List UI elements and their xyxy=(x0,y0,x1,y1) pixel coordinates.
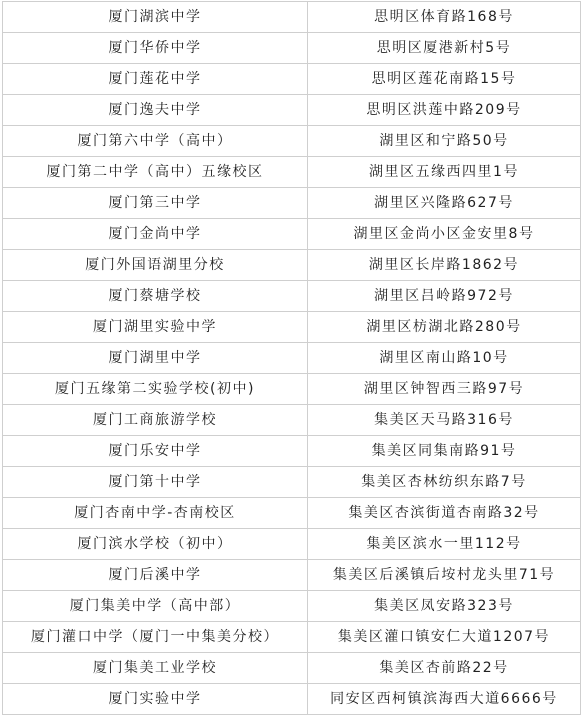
table-row: 厦门湖里实验中学湖里区枋湖北路280号 xyxy=(3,312,581,343)
school-name-cell: 厦门后溪中学 xyxy=(3,560,308,591)
table-row: 厦门第六中学（高中）湖里区和宁路50号 xyxy=(3,126,581,157)
table-row: 厦门第二中学（高中）五缘校区湖里区五缘西四里1号 xyxy=(3,157,581,188)
address-cell: 湖里区钟智西三路97号 xyxy=(308,374,581,405)
address-cell: 湖里区和宁路50号 xyxy=(308,126,581,157)
table-row: 厦门集美中学（高中部）集美区凤安路323号 xyxy=(3,591,581,622)
school-name-cell: 厦门滨水学校（初中） xyxy=(3,529,308,560)
address-cell: 集美区杏滨街道杏南路32号 xyxy=(308,498,581,529)
school-name-cell: 厦门集美工业学校 xyxy=(3,653,308,684)
table-row: 厦门外国语湖里分校湖里区长岸路1862号 xyxy=(3,250,581,281)
school-name-cell: 厦门湖里中学 xyxy=(3,343,308,374)
address-cell: 同安区西柯镇滨海西大道6666号 xyxy=(308,684,581,715)
table-row: 厦门湖里中学湖里区南山路10号 xyxy=(3,343,581,374)
table-row: 厦门乐安中学集美区同集南路91号 xyxy=(3,436,581,467)
table-row: 厦门杏南中学-杏南校区集美区杏滨街道杏南路32号 xyxy=(3,498,581,529)
school-name-cell: 厦门集美中学（高中部） xyxy=(3,591,308,622)
table-row: 厦门华侨中学思明区厦港新村5号 xyxy=(3,33,581,64)
table-row: 厦门第十中学集美区杏林纺织东路7号 xyxy=(3,467,581,498)
address-cell: 湖里区金尚小区金安里8号 xyxy=(308,219,581,250)
address-cell: 湖里区枋湖北路280号 xyxy=(308,312,581,343)
address-cell: 集美区后溪镇后垵村龙头里71号 xyxy=(308,560,581,591)
address-cell: 思明区厦港新村5号 xyxy=(308,33,581,64)
table-row: 厦门滨水学校（初中）集美区滨水一里112号 xyxy=(3,529,581,560)
address-cell: 集美区同集南路91号 xyxy=(308,436,581,467)
school-name-cell: 厦门金尚中学 xyxy=(3,219,308,250)
table-row: 厦门后溪中学集美区后溪镇后垵村龙头里71号 xyxy=(3,560,581,591)
table-row: 厦门湖滨中学思明区体育路168号 xyxy=(3,2,581,33)
school-name-cell: 厦门灌口中学（厦门一中集美分校） xyxy=(3,622,308,653)
school-name-cell: 厦门蔡塘学校 xyxy=(3,281,308,312)
table-body: 厦门湖滨中学思明区体育路168号 厦门华侨中学思明区厦港新村5号 厦门莲花中学思… xyxy=(3,2,581,715)
school-address-table: 厦门湖滨中学思明区体育路168号 厦门华侨中学思明区厦港新村5号 厦门莲花中学思… xyxy=(2,1,581,715)
table-row: 厦门莲花中学思明区莲花南路15号 xyxy=(3,64,581,95)
school-name-cell: 厦门外国语湖里分校 xyxy=(3,250,308,281)
table-row: 厦门实验中学同安区西柯镇滨海西大道6666号 xyxy=(3,684,581,715)
school-name-cell: 厦门莲花中学 xyxy=(3,64,308,95)
school-name-cell: 厦门第三中学 xyxy=(3,188,308,219)
school-name-cell: 厦门实验中学 xyxy=(3,684,308,715)
address-cell: 湖里区长岸路1862号 xyxy=(308,250,581,281)
school-name-cell: 厦门工商旅游学校 xyxy=(3,405,308,436)
address-cell: 思明区体育路168号 xyxy=(308,2,581,33)
table-row: 厦门逸夫中学思明区洪莲中路209号 xyxy=(3,95,581,126)
address-cell: 集美区杏前路22号 xyxy=(308,653,581,684)
table-row: 厦门灌口中学（厦门一中集美分校）集美区灌口镇安仁大道1207号 xyxy=(3,622,581,653)
address-cell: 集美区天马路316号 xyxy=(308,405,581,436)
address-cell: 集美区凤安路323号 xyxy=(308,591,581,622)
school-name-cell: 厦门逸夫中学 xyxy=(3,95,308,126)
table-row: 厦门第三中学湖里区兴隆路627号 xyxy=(3,188,581,219)
school-name-cell: 厦门湖里实验中学 xyxy=(3,312,308,343)
table-row: 厦门集美工业学校集美区杏前路22号 xyxy=(3,653,581,684)
address-cell: 湖里区吕岭路972号 xyxy=(308,281,581,312)
address-cell: 湖里区南山路10号 xyxy=(308,343,581,374)
address-cell: 思明区洪莲中路209号 xyxy=(308,95,581,126)
school-name-cell: 厦门湖滨中学 xyxy=(3,2,308,33)
school-name-cell: 厦门杏南中学-杏南校区 xyxy=(3,498,308,529)
table-row: 厦门五缘第二实验学校(初中)湖里区钟智西三路97号 xyxy=(3,374,581,405)
address-cell: 集美区灌口镇安仁大道1207号 xyxy=(308,622,581,653)
address-cell: 湖里区五缘西四里1号 xyxy=(308,157,581,188)
school-name-cell: 厦门乐安中学 xyxy=(3,436,308,467)
school-name-cell: 厦门第六中学（高中） xyxy=(3,126,308,157)
school-name-cell: 厦门五缘第二实验学校(初中) xyxy=(3,374,308,405)
table-row: 厦门蔡塘学校湖里区吕岭路972号 xyxy=(3,281,581,312)
table-row: 厦门金尚中学湖里区金尚小区金安里8号 xyxy=(3,219,581,250)
school-name-cell: 厦门第二中学（高中）五缘校区 xyxy=(3,157,308,188)
address-cell: 集美区滨水一里112号 xyxy=(308,529,581,560)
table-row: 厦门工商旅游学校集美区天马路316号 xyxy=(3,405,581,436)
address-cell: 思明区莲花南路15号 xyxy=(308,64,581,95)
school-name-cell: 厦门第十中学 xyxy=(3,467,308,498)
address-cell: 湖里区兴隆路627号 xyxy=(308,188,581,219)
address-cell: 集美区杏林纺织东路7号 xyxy=(308,467,581,498)
school-name-cell: 厦门华侨中学 xyxy=(3,33,308,64)
